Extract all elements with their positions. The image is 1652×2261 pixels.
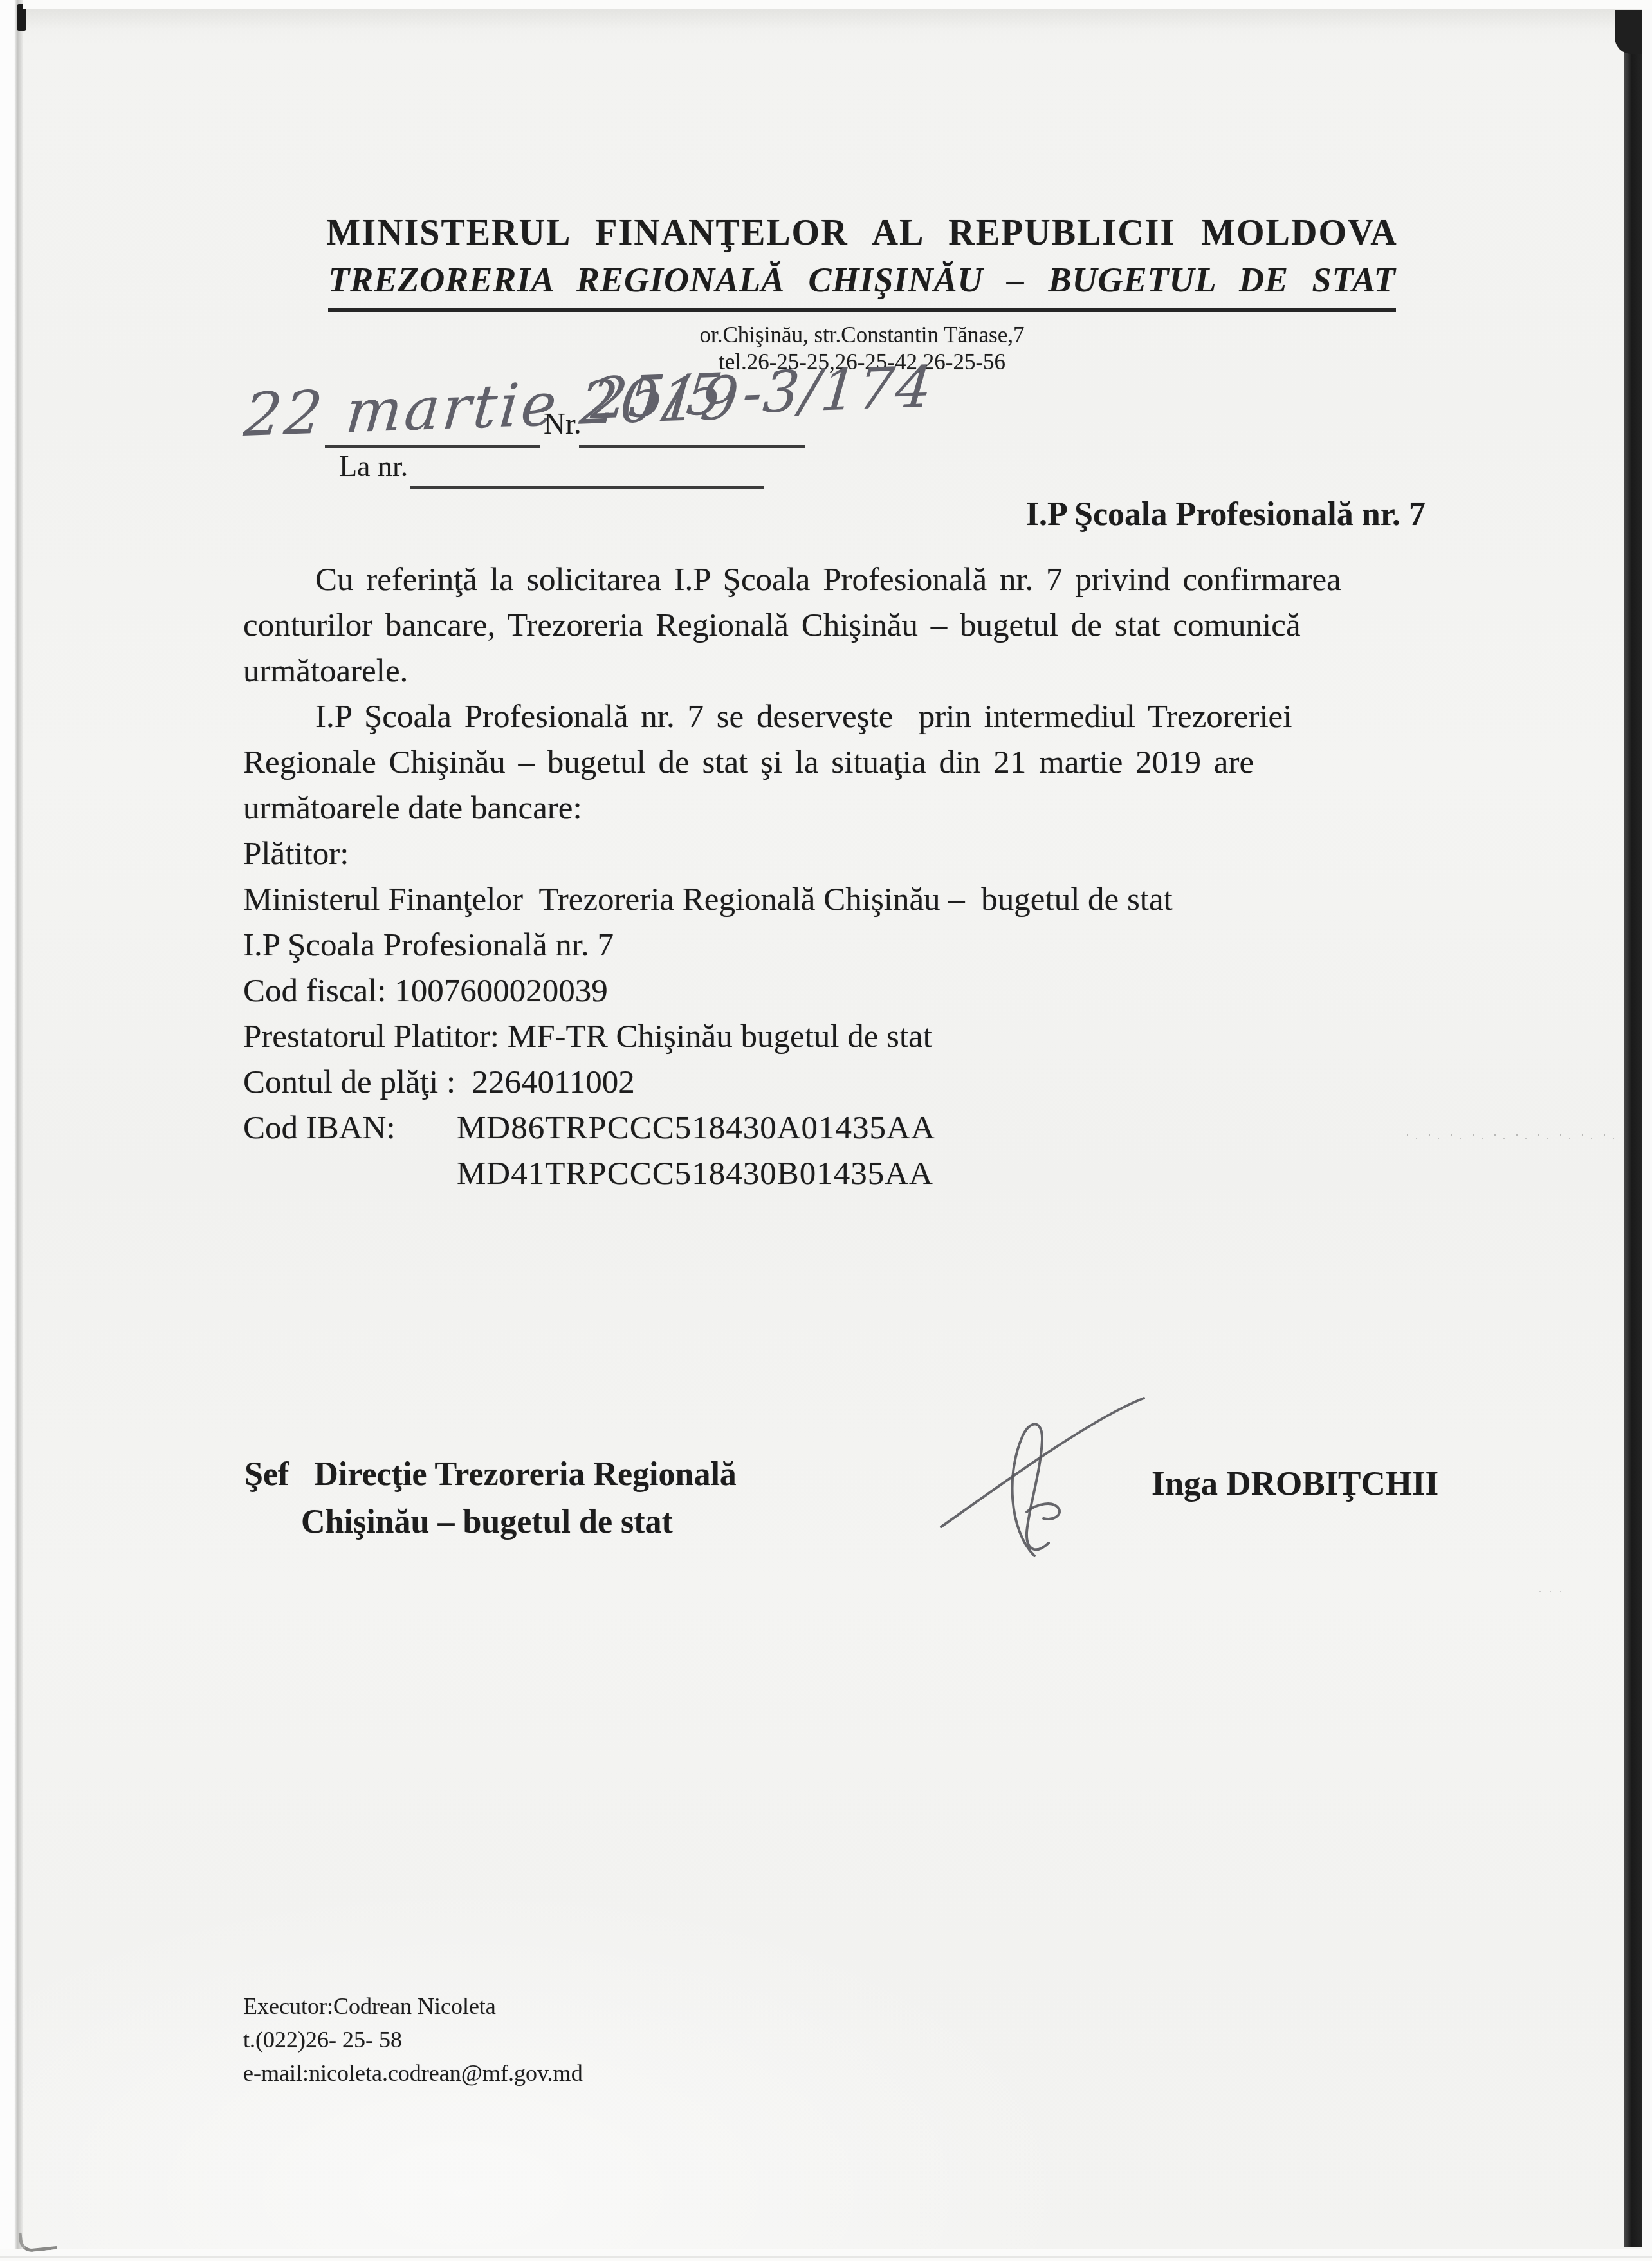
body-line: I.P Şcoala Profesională nr. 7 se deserve… xyxy=(243,694,1427,740)
scanner-bottom-edge-line xyxy=(0,2256,1652,2258)
letterhead: MINISTERUL FINANŢELOR AL REPUBLICII MOLD… xyxy=(270,212,1454,375)
body-line-institution: I.P Şcoala Profesională nr. 7 xyxy=(243,923,1427,968)
handwritten-signature xyxy=(932,1395,1163,1569)
signer-title-line1: Şef Direcţie Trezoreria Regională xyxy=(244,1455,737,1493)
iban-label-spacer xyxy=(243,1151,457,1197)
body-line: Cu referinţă la solicitarea I.P Şcoala P… xyxy=(243,557,1427,603)
signer-name: Inga DROBIŢCHII xyxy=(1152,1464,1438,1503)
date-underline xyxy=(325,445,540,448)
body-line: următoarele date bancare: xyxy=(243,786,1427,831)
body-line: Regionale Chişinău – bugetul de stat şi … xyxy=(243,740,1427,786)
letter-body: Cu referinţă la solicitarea I.P Şcoala P… xyxy=(243,557,1427,1197)
iban-value: MD86TRPCCC518430A01435AA xyxy=(457,1105,935,1151)
scanner-right-shadow xyxy=(1624,10,1642,2247)
la-nr-label: La nr. xyxy=(339,449,408,483)
body-line: următoarele. xyxy=(243,649,1427,694)
executor-block: Executor:Codrean Nicoleta t.(022)26- 25-… xyxy=(243,1989,583,2090)
scanned-letter-page: MINISTERUL FINANŢELOR AL REPUBLICII MOLD… xyxy=(0,0,1652,2261)
iban-row: Cod IBAN: MD86TRPCCC518430A01435AA xyxy=(243,1105,1427,1151)
executor-phone: t.(022)26- 25- 58 xyxy=(243,2023,583,2056)
body-line: conturilor bancare, Trezoreria Regională… xyxy=(243,603,1427,649)
executor-name: Executor:Codrean Nicoleta xyxy=(243,1989,583,2023)
paper-left-edge-line xyxy=(14,0,23,2249)
scanner-top-margin xyxy=(23,0,1652,9)
scanner-left-margin xyxy=(0,0,14,2261)
treasury-title: TREZORERIA REGIONALĂ CHIŞINĂU – BUGETUL … xyxy=(328,260,1395,312)
scan-artifact-dots xyxy=(1536,1588,1566,1594)
iban-label: Cod IBAN: xyxy=(243,1105,457,1151)
iban-value: MD41TRPCCC518430B01435AA xyxy=(457,1151,933,1197)
body-line-account: Contul de plăţi : 2264011002 xyxy=(243,1060,1427,1105)
scan-artifact-corner-hook xyxy=(19,2229,57,2253)
body-line-prestator: Prestatorul Platitor: MF-TR Chişinău bug… xyxy=(243,1014,1427,1060)
handwritten-reference-number: 25/5 -3/174 xyxy=(589,353,936,432)
letterhead-address: or.Chişinău, str.Constantin Tănase,7 xyxy=(270,322,1454,348)
la-nr-underline xyxy=(410,486,764,489)
body-line-payer: Ministerul Finanţelor Trezoreria Regiona… xyxy=(243,877,1427,923)
iban-row: MD41TRPCCC518430B01435AA xyxy=(243,1151,1427,1197)
treasury-title-wrap: TREZORERIA REGIONALĂ CHIŞINĂU – BUGETUL … xyxy=(270,260,1454,312)
scanner-right-margin xyxy=(1642,0,1652,2261)
body-line-platitor: Plătitor: xyxy=(243,831,1427,877)
body-line-fiscal-code: Cod fiscal: 1007600020039 xyxy=(243,968,1427,1014)
signer-title-line2: Chişinău – bugetul de stat xyxy=(301,1503,673,1541)
ministry-title: MINISTERUL FINANŢELOR AL REPUBLICII MOLD… xyxy=(270,212,1454,254)
recipient: I.P Şcoala Profesională nr. 7 xyxy=(1026,495,1426,533)
executor-email: e-mail:nicoleta.codrean@mf.gov.md xyxy=(243,2056,583,2090)
number-underline xyxy=(579,445,805,448)
scan-artifact-speckles xyxy=(1402,1131,1615,1141)
paper-rounded-corner-shadow xyxy=(1615,10,1642,54)
scanner-bottom-margin xyxy=(0,2249,1652,2261)
nr-label: Nr. xyxy=(544,407,582,441)
